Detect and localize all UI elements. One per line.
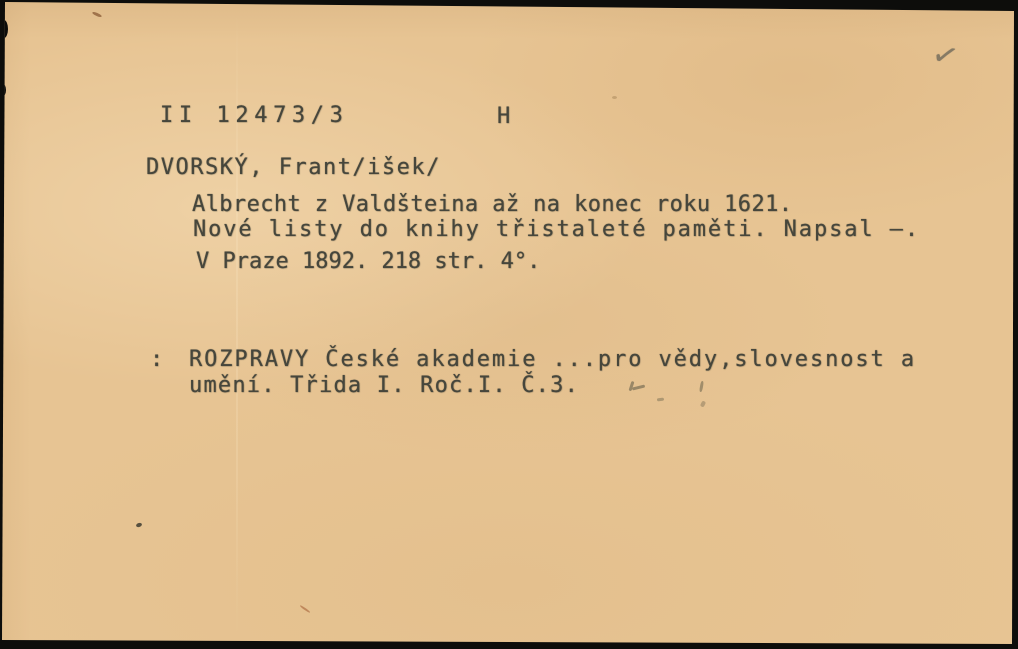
pencil-smudge	[699, 381, 704, 392]
title-line-2: Nové listy do knihy třistaleté paměti. N…	[193, 217, 920, 243]
paper-speck	[92, 11, 102, 18]
scan-edge-blemish	[0, 20, 8, 38]
series-colon: :	[150, 347, 163, 373]
pencil-smudge	[657, 398, 664, 402]
pencil-smudge	[632, 384, 645, 390]
scanned-catalog-card: II 12473/3 H DVORSKÝ, Frant/išek/ Albrec…	[0, 0, 1018, 649]
catalog-card-paper: II 12473/3 H DVORSKÝ, Frant/išek/ Albrec…	[0, 0, 1018, 649]
author-heading: DVORSKÝ, Frant/išek/	[146, 155, 441, 181]
series-line-2: umění. Třida I. Roč.I. Č.3.	[189, 373, 579, 399]
call-number: II 12473/3	[160, 103, 348, 129]
imprint-line: V Praze 1892. 218 str. 4°.	[196, 249, 540, 275]
pencil-smudge	[700, 400, 706, 407]
paper-speck	[300, 605, 311, 614]
paper-speck	[135, 522, 142, 528]
paper-speck	[612, 96, 617, 99]
title-line-1: Albrecht z Valdšteina až na konec roku 1…	[192, 192, 792, 218]
pencil-checkmark: ✓	[928, 35, 962, 75]
heading-letter: H	[497, 104, 510, 130]
scan-edge-blemish	[0, 84, 6, 96]
series-line-1: ROZPRAVY České akademie ...pro vědy,slov…	[189, 347, 916, 373]
